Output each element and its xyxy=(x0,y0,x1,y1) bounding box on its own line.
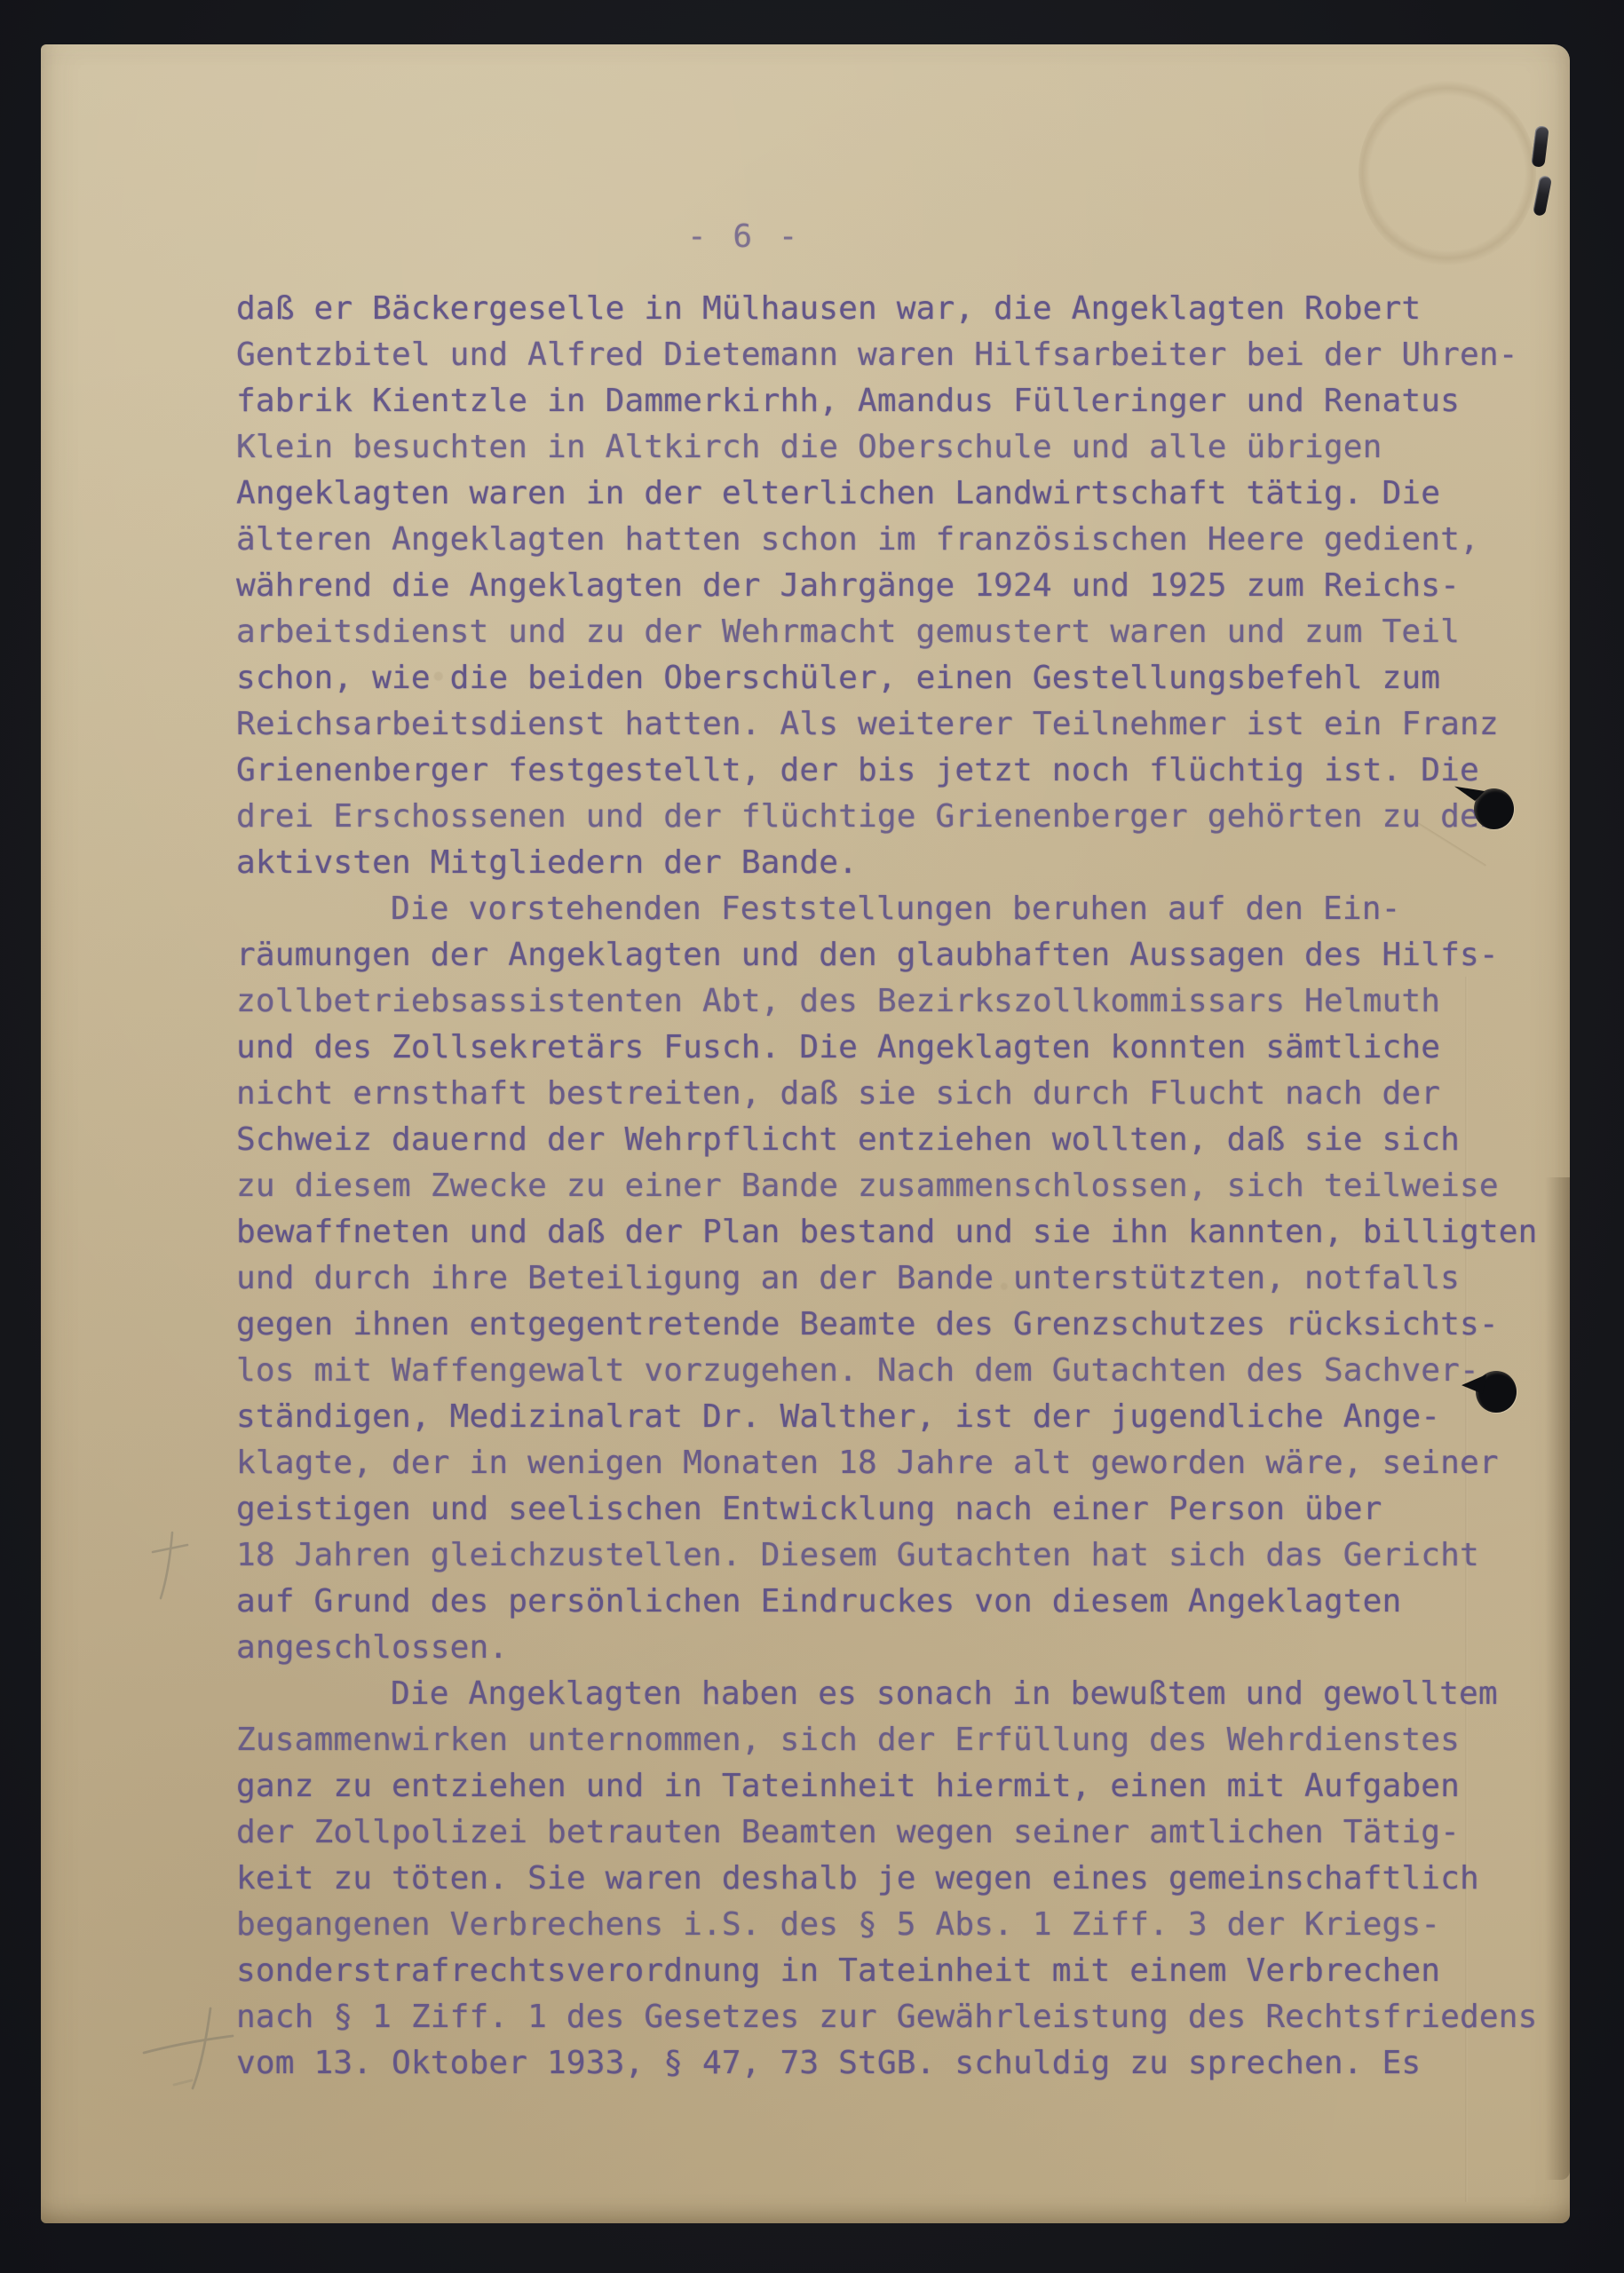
document-page: - 6 - daß er Bäckergeselle in Mülhausen … xyxy=(41,44,1570,2223)
pencil-mark-middle xyxy=(153,1532,187,1598)
pencil-mark-bottom xyxy=(144,2008,233,2088)
pencil-marks xyxy=(41,44,1570,2223)
